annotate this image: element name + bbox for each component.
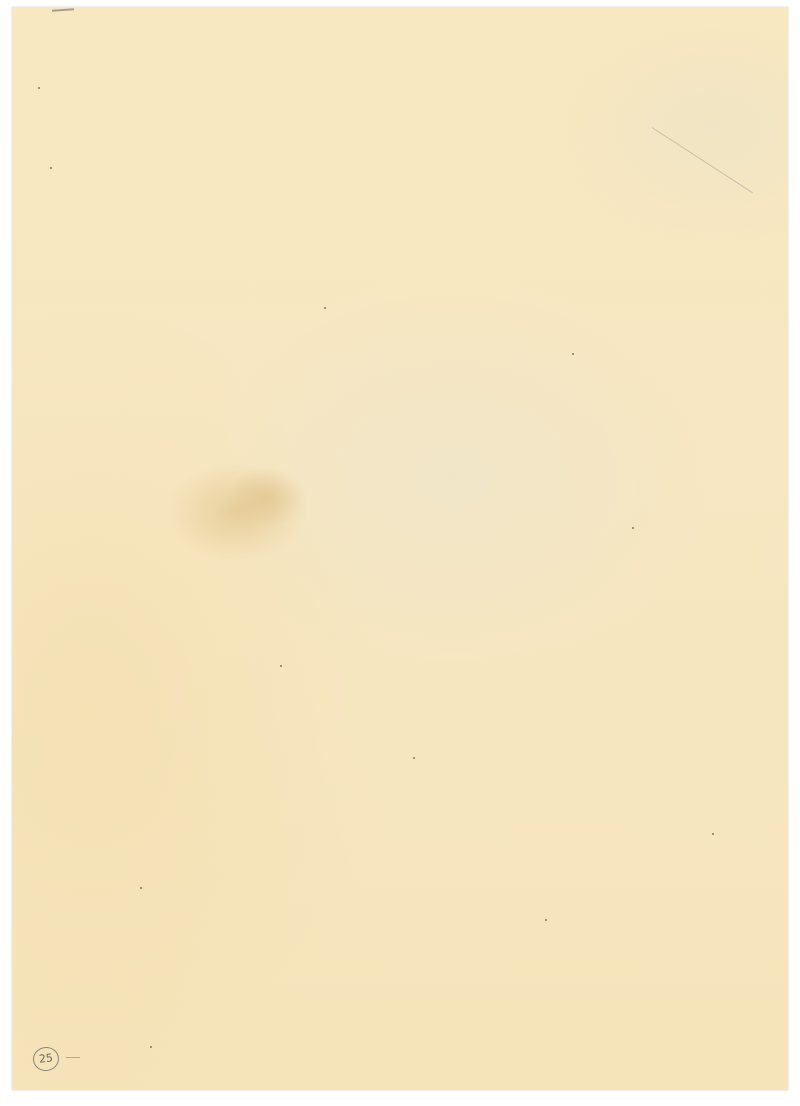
speck	[632, 527, 634, 529]
speck	[545, 919, 547, 921]
speck	[140, 887, 142, 889]
speck	[572, 353, 574, 355]
fold-crease	[652, 127, 753, 193]
speck	[50, 167, 52, 169]
pencil-dash	[66, 1057, 80, 1058]
speck	[150, 1046, 152, 1048]
speck	[712, 833, 714, 835]
speck	[280, 665, 282, 667]
speck	[38, 87, 40, 89]
speck	[413, 757, 415, 759]
paper-sheet	[12, 7, 788, 1090]
speck	[324, 307, 326, 309]
